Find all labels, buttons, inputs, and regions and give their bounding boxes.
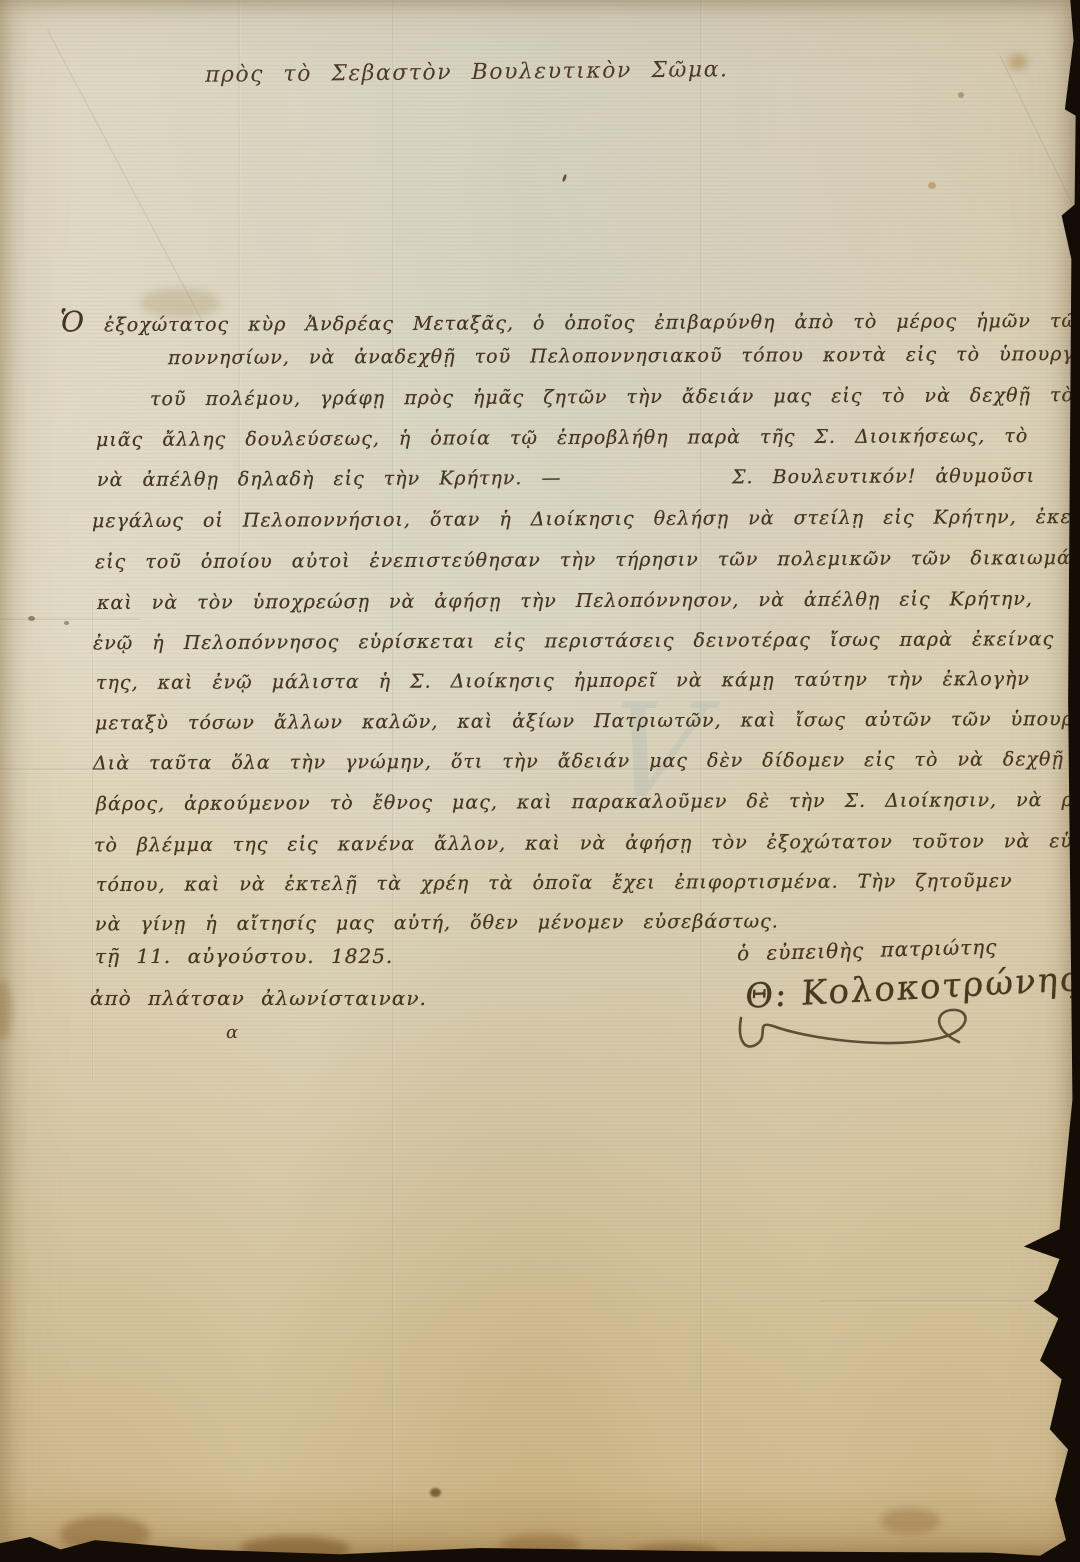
place-line: ἀπὸ πλάτσαν ἀλωνίσταιναν.: [90, 986, 427, 1010]
stain-top-right-fox: [1008, 54, 1028, 70]
date-line: τῇ 11. αὐγούστου. 1825.: [95, 944, 393, 968]
stain-bottom-3: [500, 1534, 580, 1556]
body-line-5-left: νὰ ἀπέλθῃ δηλαδὴ εἰς τὴν Κρήτην. —: [97, 467, 562, 491]
body-line-5: νὰ ἀπέλθῃ δηλαδὴ εἰς τὴν Κρήτην. — Σ. Βο…: [97, 465, 1035, 491]
letter-photograph: { "document": { "heading": "πρὸς τὸ Σεβα…: [0, 0, 1080, 1562]
body-line-12: Διὰ ταῦτα ὅλα τὴν γνώμην, ὅτι τὴν ἄδειάν…: [93, 748, 1080, 775]
body-line-7: εἰς τοῦ ὁποίου αὐτοὶ ἐνεπιστεύθησαν τὴν …: [95, 547, 1080, 573]
body-line-15: τόπου, καὶ νὰ ἐκτελῇ τὰ χρέη τὰ ὁποῖα ἔχ…: [96, 870, 1013, 896]
stain-bottom-band: [0, 1480, 1080, 1562]
fold-line-vertical-right: [700, 0, 703, 1562]
spot-bottom-center: [430, 1488, 441, 1497]
fox-dot-2: [928, 182, 936, 189]
crease-diagonal-top-right: [998, 55, 1074, 209]
letter-heading: πρὸς τὸ Σεβαστὸν Βουλευτικὸν Σῶμα.: [205, 57, 729, 87]
body-line-3: τοῦ πολέμου, γράφῃ πρὸς ἡμᾶς ζητῶν τὴν ἄ…: [150, 384, 1080, 410]
body-line-9: ἐνῷ ἡ Πελοπόννησος εὑρίσκεται εἰς περιστ…: [93, 628, 1080, 655]
ink-speck-heading: [562, 174, 568, 183]
stain-bottom-4: [630, 1544, 720, 1562]
tear-dot-left-1: [28, 616, 35, 621]
body-line-8: καὶ νὰ τὸν ὑποχρεώσῃ νὰ ἀφήσῃ τὴν Πελοπό…: [97, 588, 1033, 614]
signature: Θ: Κολοκοτρώνης: [744, 959, 1080, 1017]
body-line-14: τὸ βλέμμα της εἰς κανένα ἄλλον, καὶ νὰ ἀ…: [94, 830, 1080, 857]
body-line-4: μιᾶς ἄλλης δουλεύσεως, ἡ ὁποία τῷ ἐπροβλ…: [96, 425, 1028, 451]
body-line-1: Ὁ ἐξοχώτατος κὺρ Ἀνδρέας Μεταξᾶς, ὁ ὁποῖ…: [60, 301, 1080, 339]
crease-diagonal-top-left: [46, 30, 207, 331]
stain-bottom-5: [880, 1508, 940, 1534]
body-line-6: μεγάλως οἱ Πελοποννήσιοι, ὅταν ἡ Διοίκησ…: [92, 506, 1080, 532]
crease-bottom-right: [820, 1300, 1080, 1303]
body-line-10: της, καὶ ἐνῷ μάλιστα ἡ Σ. Διοίκησις ἠμπο…: [96, 668, 1030, 694]
stain-bottom-1: [60, 1516, 150, 1552]
closing-line: ὁ εὐπειθὴς πατριώτης: [737, 935, 998, 966]
body-line-16: νὰ γίνῃ ἡ αἴτησίς μας αὐτή, ὅθεν μένομεν…: [95, 911, 779, 936]
tear-dot-left-2: [64, 621, 69, 625]
body-line-2: ποννησίων, νὰ ἀναδεχθῇ τοῦ Πελοποννησιακ…: [168, 343, 1080, 369]
body-line-13: βάρος, ἀρκούμενον τὸ ἔθνος μας, καὶ παρα…: [96, 789, 1080, 815]
fox-dot-1: [958, 92, 964, 98]
stain-bottom-2: [240, 1536, 350, 1562]
body-line-5-address-call: Σ. Βουλευτικόν! ἀθυμοῦσι: [732, 465, 1035, 488]
footnote-mark: α: [226, 1022, 238, 1043]
tear-line-left: [0, 618, 140, 622]
stain-left-edge: [0, 980, 12, 1040]
fold-line-vertical-center: [392, 0, 395, 1562]
body-line-11: μεταξὺ τόσων ἄλλων καλῶν, καὶ ἀξίων Πατρ…: [95, 708, 1080, 735]
watermark-chevron: V: [601, 675, 769, 805]
paper-sheet: V πρὸς τὸ Σεβαστὸν Βουλευτικὸν Σῶμα. Ὁ ἐ…: [0, 0, 1080, 1562]
